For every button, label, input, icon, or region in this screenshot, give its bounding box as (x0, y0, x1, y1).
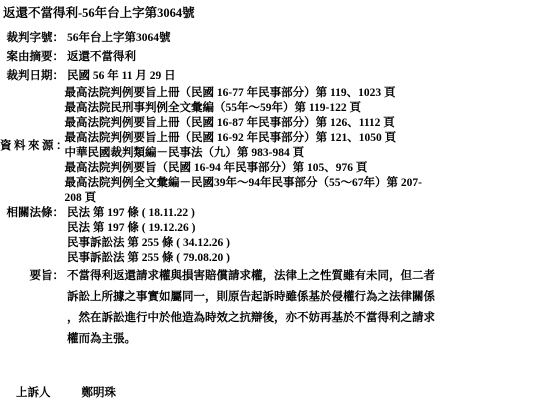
source-line: 中華民國裁判類編－民事法（九）第 983-984 頁 (65, 146, 422, 161)
sources-label: 資料來源： (0, 139, 64, 154)
source-line: 208 頁 (65, 191, 422, 206)
appellant-name: 鄭明珠 (82, 386, 117, 401)
field-row-judgment-date: 裁判日期： 民國 56 年 11 月 29 日 (0, 67, 540, 86)
statute-line: 民法 第 197 條 ( 19.12.26 ) (67, 221, 230, 236)
source-line: 最高法院判例要旨上冊（民國 16-87 年民事部分）第 126、1112 頁 (65, 116, 422, 131)
judgment-document-page: 返還不當得利-56年台上字第3064號 裁判字號： 56年台上字第3064號 案… (0, 0, 540, 405)
case-number-label: 裁判字號： (0, 29, 64, 48)
field-rows: 裁判字號： 56年台上字第3064號 案由摘要： 返還不當得利 裁判日期： 民國… (0, 29, 540, 401)
source-line: 最高法院判例要旨上冊（民國 16-77 年民事部分）第 119、1023 頁 (65, 86, 422, 101)
gist-line: 權而為主張。 (67, 329, 435, 350)
statute-line: 民事訴訟法 第 255 條 ( 79.08.20 ) (67, 251, 230, 266)
source-line: 最高法院民刑事判例全文彙編（55年～59年）第 119-122 頁 (65, 101, 422, 116)
field-row-case-summary: 案由摘要： 返還不當得利 (0, 48, 540, 67)
gist-paragraph: 不當得利返還請求權與損害賠償請求權，法律上之性質雖有未同，但二者 訴訟上所據之事… (67, 266, 435, 350)
case-summary-value: 返還不當得利 (67, 48, 136, 67)
sources-lines: 最高法院判例要旨上冊（民國 16-77 年民事部分）第 119、1023 頁 最… (65, 86, 422, 206)
field-row-gist: 要旨： 不當得利返還請求權與損害賠償請求權，法律上之性質雖有未同，但二者 訴訟上… (0, 266, 540, 350)
field-row-case-number: 裁判字號： 56年台上字第3064號 (0, 29, 540, 48)
field-row-sources: 資料來源： 最高法院判例要旨上冊（民國 16-77 年民事部分）第 119、10… (0, 86, 540, 206)
appellant-label: 上訴人 (16, 386, 51, 401)
judgment-date-label: 裁判日期： (0, 67, 64, 86)
gist-line: 訴訟上所據之事實如屬同一，則原告起訴時雖係基於侵權行為之法律關係 (67, 287, 435, 308)
document-title: 返還不當得利-56年台上字第3064號 (0, 0, 540, 21)
source-line: 最高法院判例全文彙編－民國39年～94年民事部分（55～67年）第 207- (65, 176, 422, 191)
judgment-date-value: 民國 56 年 11 月 29 日 (67, 67, 176, 86)
source-line: 最高法院判例要旨（民國 16-94 年民事部分）第 105、976 頁 (65, 161, 422, 176)
field-row-related-laws: 相關法條： 民法 第 197 條 ( 18.11.22 ) 民法 第 197 條… (0, 206, 540, 266)
appellant-row: 上訴人 鄭明珠 (0, 386, 540, 401)
case-number-value: 56年台上字第3064號 (67, 29, 171, 48)
related-laws-lines: 民法 第 197 條 ( 18.11.22 ) 民法 第 197 條 ( 19.… (67, 206, 230, 266)
statute-line: 民事訴訟法 第 255 條 ( 34.12.26 ) (67, 236, 230, 251)
gist-line: 不當得利返還請求權與損害賠償請求權，法律上之性質雖有未同，但二者 (67, 266, 435, 287)
case-summary-label: 案由摘要： (0, 48, 64, 67)
gist-label: 要旨： (0, 266, 64, 287)
gist-line: ，然在訴訟進行中於他造為時效之抗辯後，亦不妨再基於不當得利之請求 (67, 308, 435, 329)
source-line: 最高法院判例要旨上冊（民國 16-92 年民事部分）第 121、1050 頁 (65, 131, 422, 146)
statute-line: 民法 第 197 條 ( 18.11.22 ) (67, 206, 230, 221)
related-laws-label: 相關法條： (0, 206, 64, 221)
